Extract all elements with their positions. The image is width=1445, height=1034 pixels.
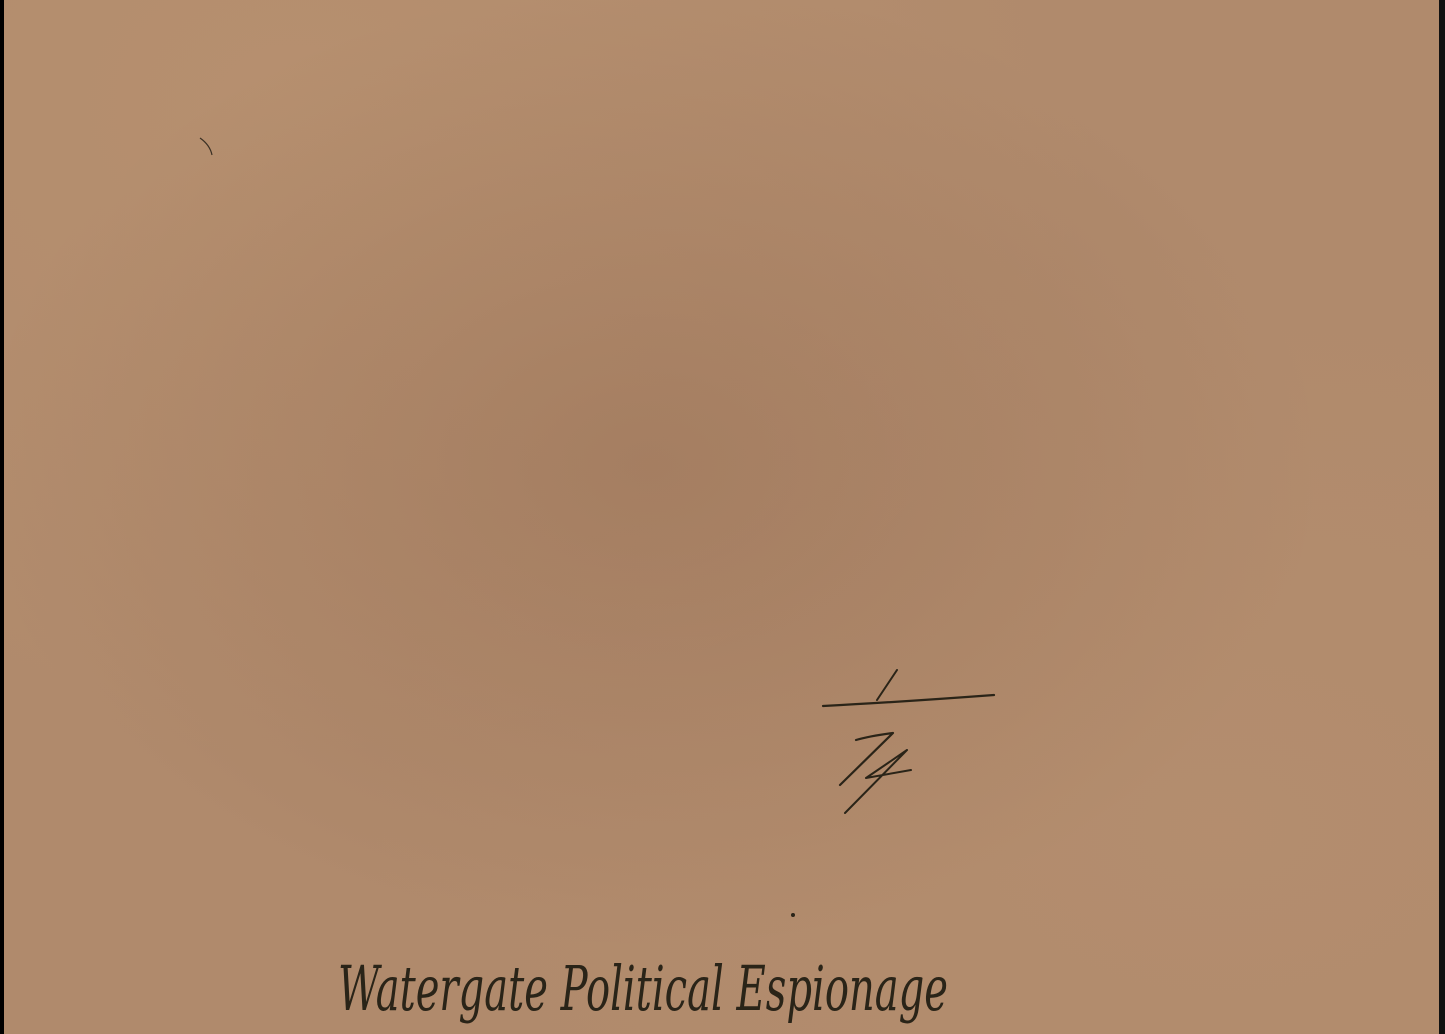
fraction-denominator: 74 bbox=[820, 675, 821, 676]
scanned-page: Watergate Political Espionage 1 74 bbox=[0, 0, 1445, 1034]
handwritten-fraction: 1 74 bbox=[820, 675, 1000, 815]
kraft-paper-card bbox=[4, 0, 1439, 1034]
scan-border-right bbox=[1439, 0, 1445, 1034]
fraction-numerator: 1 bbox=[820, 675, 821, 676]
